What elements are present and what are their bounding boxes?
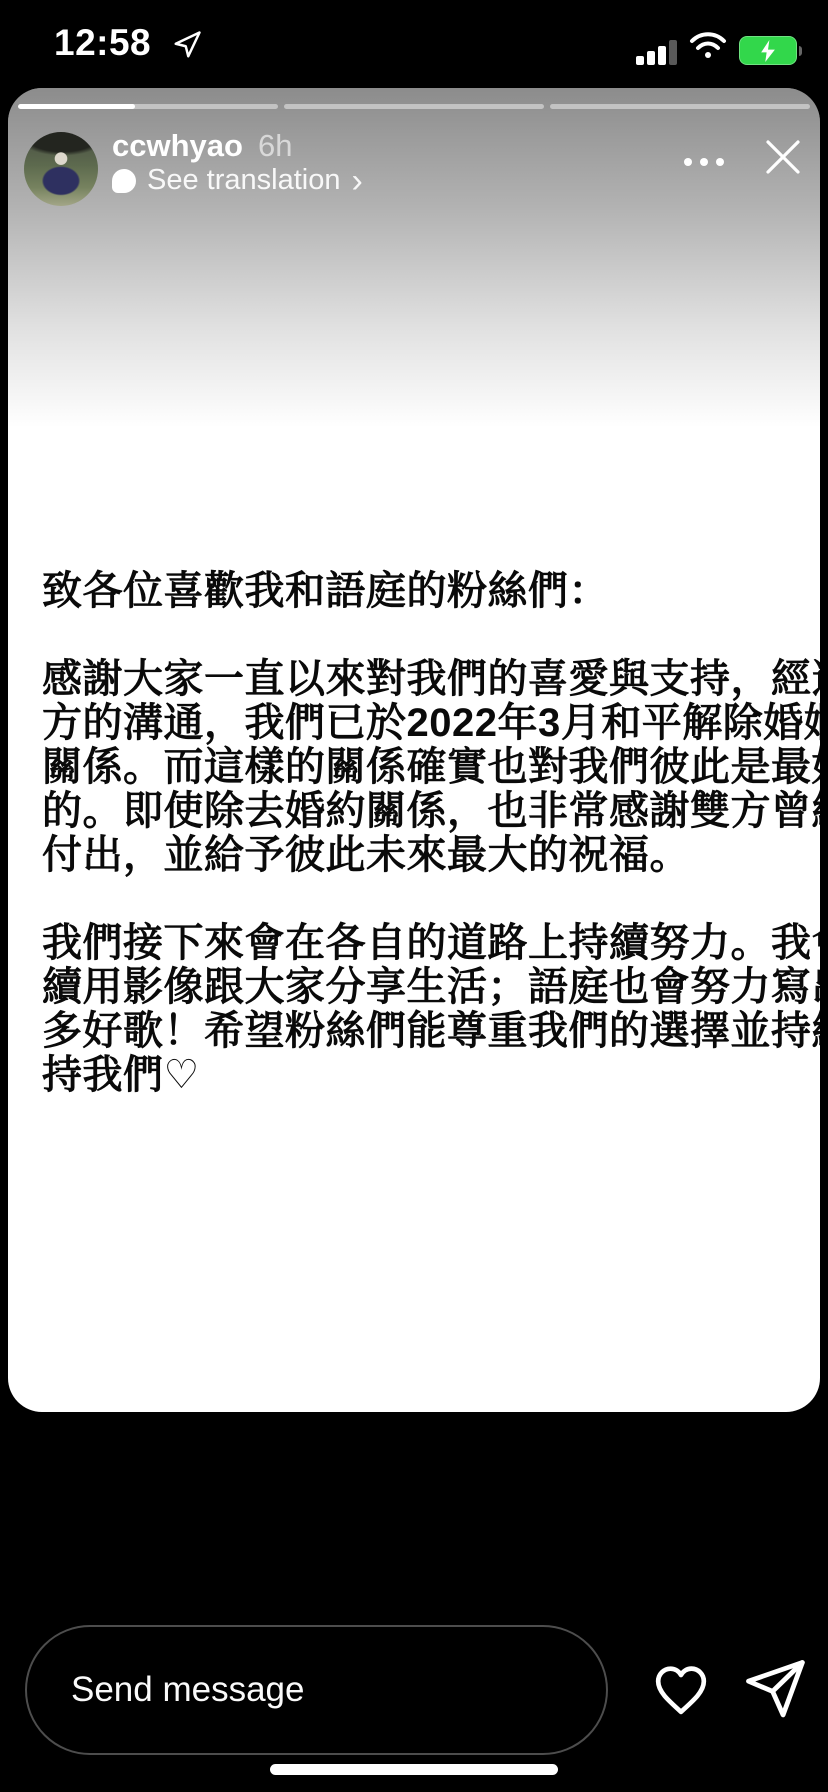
progress-segment xyxy=(550,104,810,109)
story-text-line: 付出，並給予彼此未來最大的祝福。 xyxy=(42,833,820,877)
close-button[interactable] xyxy=(758,132,808,187)
story-text-line: 關係。而這樣的關係確實也對我們彼此是最好 xyxy=(42,745,820,789)
story-timestamp: 6h xyxy=(258,128,292,164)
progress-segment xyxy=(284,104,544,109)
status-icons xyxy=(636,30,802,65)
story-text-line: 持我們♡ xyxy=(42,1053,820,1097)
share-story-button[interactable] xyxy=(740,1654,808,1727)
avatar[interactable] xyxy=(24,132,98,206)
story-text-line xyxy=(42,613,820,657)
see-translation-label: See translation xyxy=(147,164,340,197)
status-time: 12:58 xyxy=(54,22,151,64)
wifi-icon xyxy=(688,30,728,65)
like-heart-button[interactable] xyxy=(648,1656,714,1727)
story-text-line: 多好歌！希望粉絲們能尊重我們的選擇並持續支 xyxy=(42,1009,820,1053)
story-card[interactable]: ccwhyao 6h See translation › 致各位喜歡我和語庭的粉… xyxy=(8,88,820,1412)
story-text-block: 致各位喜歡我和語庭的粉絲們： 感謝大家一直以來對我們的喜愛與支持，經過雙方的溝通… xyxy=(42,569,820,1097)
story-text-line: 我們接下來會在各自的道路上持續努力。我會繼 xyxy=(42,921,820,965)
send-message-input[interactable]: Send message xyxy=(25,1625,608,1755)
send-message-placeholder: Send message xyxy=(71,1670,304,1710)
more-options-button[interactable] xyxy=(684,158,724,166)
chevron-right-icon: › xyxy=(351,169,362,193)
progress-segment xyxy=(18,104,278,109)
home-indicator[interactable] xyxy=(270,1764,558,1775)
story-text-line: 感謝大家一直以來對我們的喜愛與支持，經過雙 xyxy=(42,657,820,701)
instagram-story-screen: 12:58 ccwhyao 6h xyxy=(0,0,828,1792)
story-header: ccwhyao 6h xyxy=(112,128,292,164)
battery-icon xyxy=(739,36,802,65)
signal-strength-icon xyxy=(636,39,677,65)
story-text-line xyxy=(42,877,820,921)
translation-bubble-icon xyxy=(112,169,136,193)
story-text-line: 續用影像跟大家分享生活；語庭也會努力寫出更 xyxy=(42,965,820,1009)
username[interactable]: ccwhyao xyxy=(112,128,243,164)
location-arrow-icon xyxy=(172,30,202,65)
story-progress-bar xyxy=(18,104,810,109)
see-translation-button[interactable]: See translation › xyxy=(112,164,363,197)
story-text-line: 的。即使除去婚約關係，也非常感謝雙方曾經的 xyxy=(42,789,820,833)
story-text-line: 致各位喜歡我和語庭的粉絲們： xyxy=(42,569,820,613)
story-text-line: 方的溝通，我們已於2022年3月和平解除婚姻 xyxy=(42,701,820,745)
